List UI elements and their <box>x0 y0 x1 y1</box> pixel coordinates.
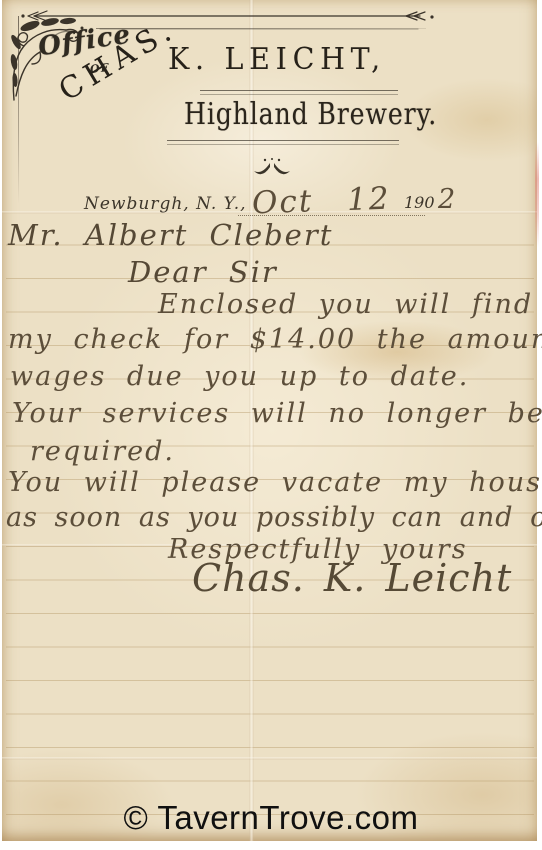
paper-edge-mark <box>535 142 539 247</box>
body-line: as soon as you possibly can and oblige <box>6 502 542 533</box>
double-rule-above-brewery <box>200 90 398 95</box>
left-border-rule <box>18 16 19 204</box>
proprietor-name: K. LEICHT, <box>168 42 386 77</box>
handwritten-year-digit: 2 <box>438 184 457 215</box>
leaf-fleuron-icon <box>252 157 292 179</box>
body-line: my check for $14.00 the amount of <box>8 324 542 355</box>
handwritten-date: Oct 12 <box>251 181 391 222</box>
body-line: Enclosed you will find <box>158 289 533 320</box>
year-prefix: 190 <box>404 193 435 212</box>
signature: Chas. K. Leicht <box>192 556 512 600</box>
brewery-name: Highland Brewery. <box>184 97 437 132</box>
horizontal-crease <box>2 757 537 760</box>
body-line: You will please vacate my house <box>8 467 542 498</box>
body-line: wages due you up to date. <box>10 361 469 392</box>
recipient-line: Mr. Albert Clebert <box>8 218 333 252</box>
dateline-place: Newburgh, N. Y., <box>84 194 247 214</box>
salutation-line: Dear Sir <box>128 255 278 289</box>
body-line: required. <box>30 436 175 467</box>
double-rule-below-brewery <box>167 140 399 145</box>
body-line: Your services will no longer be <box>12 398 542 429</box>
watermark-credit: © TavernTrove.com <box>0 799 542 837</box>
